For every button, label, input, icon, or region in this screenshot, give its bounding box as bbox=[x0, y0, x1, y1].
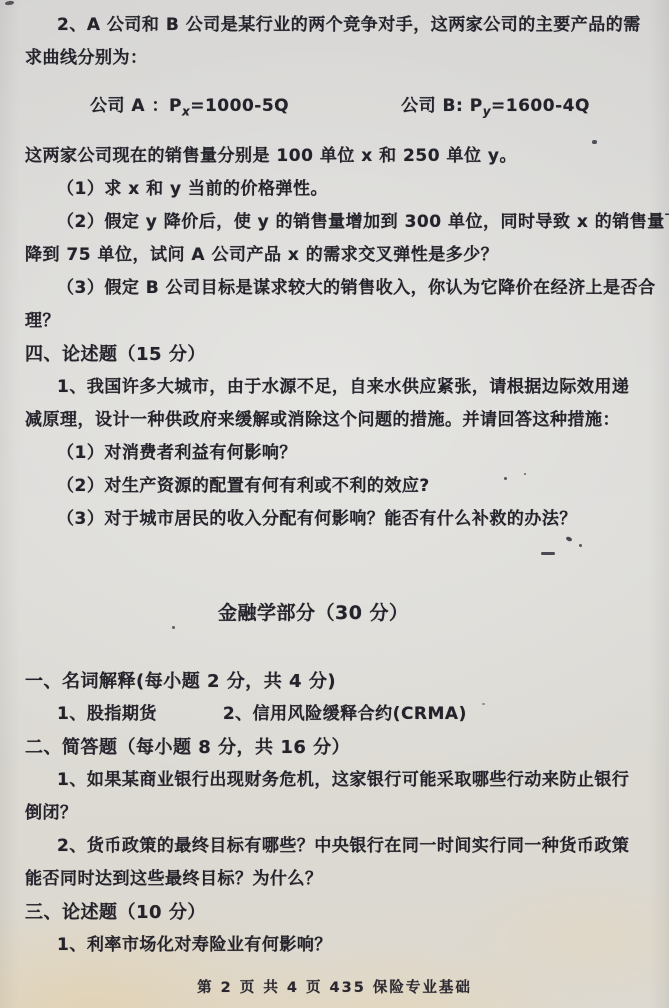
section4-part3: （3）对于城市居民的收入分配有何影响？能否有什么补救的办法？ bbox=[0, 503, 669, 536]
finance-section3-heading: 三、论述题（10 分） bbox=[0, 896, 669, 929]
company-b-equation: =1600-4Q bbox=[491, 96, 590, 116]
section4-part2: （2）对生产资源的配置有何有利或不利的效应? bbox=[0, 470, 669, 503]
finance-s2-q2-line2: 能否同时达到这些最终目标？为什么？ bbox=[0, 863, 669, 896]
q2-intro-line2: 求曲线分别为： bbox=[0, 42, 669, 75]
page-footer: 第 2 页 共 4 页 435 保险专业基础 bbox=[0, 976, 669, 997]
scan-speck bbox=[504, 477, 507, 480]
price-variable-a: P bbox=[169, 96, 182, 116]
subscript-y: y bbox=[483, 104, 491, 118]
q2-part2-line1: （2）假定 y 降价后，使 y 的销售量增加到 300 单位，同时导致 x 的销… bbox=[0, 206, 669, 239]
finance-terms-line: 1、股指期货2、信用风险缓释合约(CRMA) bbox=[0, 698, 669, 731]
section4-q1-line1: 1、我国许多大城市，由于水源不足，自来水供应紧张，请根据边际效用递 bbox=[0, 371, 669, 404]
subscript-x: x bbox=[182, 104, 190, 118]
scanned-exam-page: 2、A 公司和 B 公司是某行业的两个竞争对手，这两家公司的主要产品的需 求曲线… bbox=[0, 0, 669, 1008]
scan-speck bbox=[482, 703, 485, 705]
finance-section1-heading: 一、名词解释(每小题 2 分，共 4 分) bbox=[0, 665, 669, 698]
scan-speck bbox=[524, 473, 526, 475]
scan-speck bbox=[579, 544, 582, 547]
company-b-demand-formula: 公司 B: Py=1600-4Q bbox=[401, 96, 590, 116]
finance-s2-q2-line1: 2、货币政策的最终目标有哪些？中央银行在同一时间实行同一种货币政策 bbox=[0, 830, 669, 863]
section4-heading: 四、论述题（15 分） bbox=[0, 338, 669, 371]
q2-part1: （1）求 x 和 y 当前的价格弹性。 bbox=[0, 173, 669, 206]
q2-part3-line2: 理？ bbox=[0, 305, 669, 338]
company-b-label: 公司 B: bbox=[401, 96, 470, 116]
company-a-equation: =1000-5Q bbox=[190, 96, 289, 116]
q2-intro-line1: 2、A 公司和 B 公司是某行业的两个竞争对手，这两家公司的主要产品的需 bbox=[0, 9, 669, 42]
finance-s3-q1: 1、利率市场化对寿险业有何影响？ bbox=[0, 929, 669, 962]
finance-section2-heading: 二、简答题（每小题 8 分，共 16 分） bbox=[0, 731, 669, 764]
finance-s2-q1-line2: 倒闭？ bbox=[0, 797, 669, 830]
section4-part1: （1）对消费者利益有何影响？ bbox=[0, 437, 669, 470]
company-a-demand-formula: 公司 A ：Px=1000-5Q bbox=[90, 96, 289, 116]
q2-part2-line2: 降到 75 单位，试问 A 公司产品 x 的需求交叉弹性是多少？ bbox=[0, 239, 669, 272]
finance-part-title: 金融学部分（30 分） bbox=[0, 597, 669, 630]
q2-part3-line1: （3）假定 B 公司目标是谋求较大的销售收入，你认为它降价在经济上是否合 bbox=[0, 272, 669, 305]
scan-speck bbox=[541, 552, 555, 555]
scan-speck bbox=[592, 140, 597, 144]
section4-q1-line2: 减原理，设计一种供政府来缓解或消除这个问题的措施。并请回答这种措施： bbox=[0, 404, 669, 437]
company-a-label: 公司 A ： bbox=[90, 96, 169, 116]
scan-speck bbox=[172, 626, 175, 629]
q2-demand-formulas: 公司 A ：Px=1000-5Q公司 B: Py=1600-4Q bbox=[0, 90, 669, 128]
price-variable-b: P bbox=[470, 96, 483, 116]
finance-term-2: 2、信用风险缓释合约(CRMA) bbox=[223, 704, 467, 724]
finance-s2-q1-line1: 1、如果某商业银行出现财务危机，这家银行可能采取哪些行动来防止银行 bbox=[0, 764, 669, 797]
exam-content: 2、A 公司和 B 公司是某行业的两个竞争对手，这两家公司的主要产品的需 求曲线… bbox=[0, 0, 669, 962]
q2-sales-line: 这两家公司现在的销售量分别是 100 单位 x 和 250 单位 y。 bbox=[0, 140, 669, 173]
finance-term-1: 1、股指期货 bbox=[57, 704, 157, 724]
